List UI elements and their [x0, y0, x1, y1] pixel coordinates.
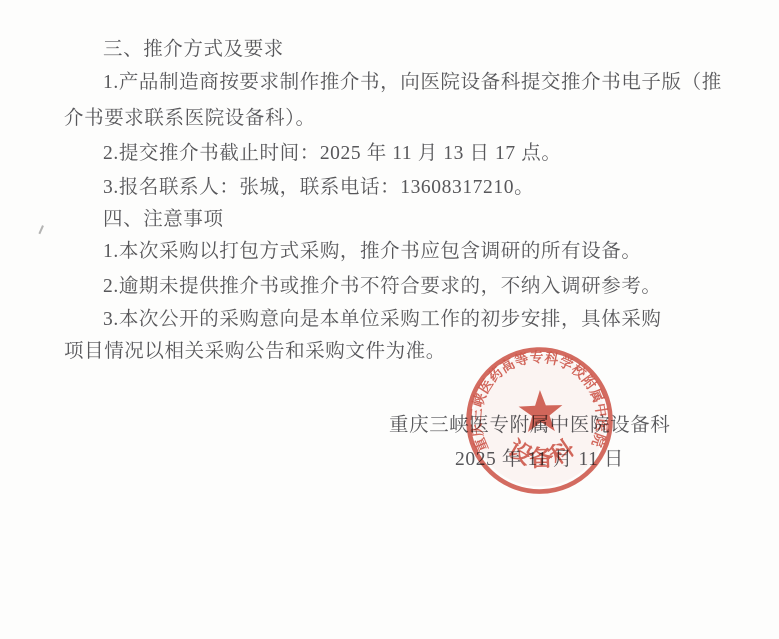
item-4-2: 2.逾期未提供推介书或推介书不符合要求的，不纳入调研参考。 — [103, 276, 662, 298]
item-4-3-line-2: 项目情况以相关采购公告和采购文件为准。 — [64, 341, 446, 363]
official-seal: 重庆三峡医药高等专科学校附属中医院 设备科 — [460, 341, 619, 500]
item-3-3-contact: 3.报名联系人：张城，联系电话：13608317210。 — [103, 177, 534, 199]
section-3-heading: 三、推介方式及要求 — [103, 39, 284, 61]
scan-speck-mark — [38, 225, 47, 236]
item-3-1-line-1: 1.产品制造商按要求制作推介书，向医院设备科提交推介书电子版（推 — [103, 72, 722, 94]
item-3-2-deadline: 2.提交推介书截止时间：2025 年 11 月 13 日 17 点。 — [103, 143, 561, 165]
item-4-3-line-1: 3.本次公开的采购意向是本单位采购工作的初步安排，具体采购 — [103, 309, 662, 331]
scanned-document-page: 三、推介方式及要求 1.产品制造商按要求制作推介书，向医院设备科提交推介书电子版… — [0, 0, 779, 639]
item-3-1-line-2: 介书要求联系医院设备科）。 — [64, 108, 316, 130]
item-4-1: 1.本次采购以打包方式采购，推介书应包含调研的所有设备。 — [103, 241, 641, 263]
section-4-heading: 四、注意事项 — [103, 209, 224, 231]
